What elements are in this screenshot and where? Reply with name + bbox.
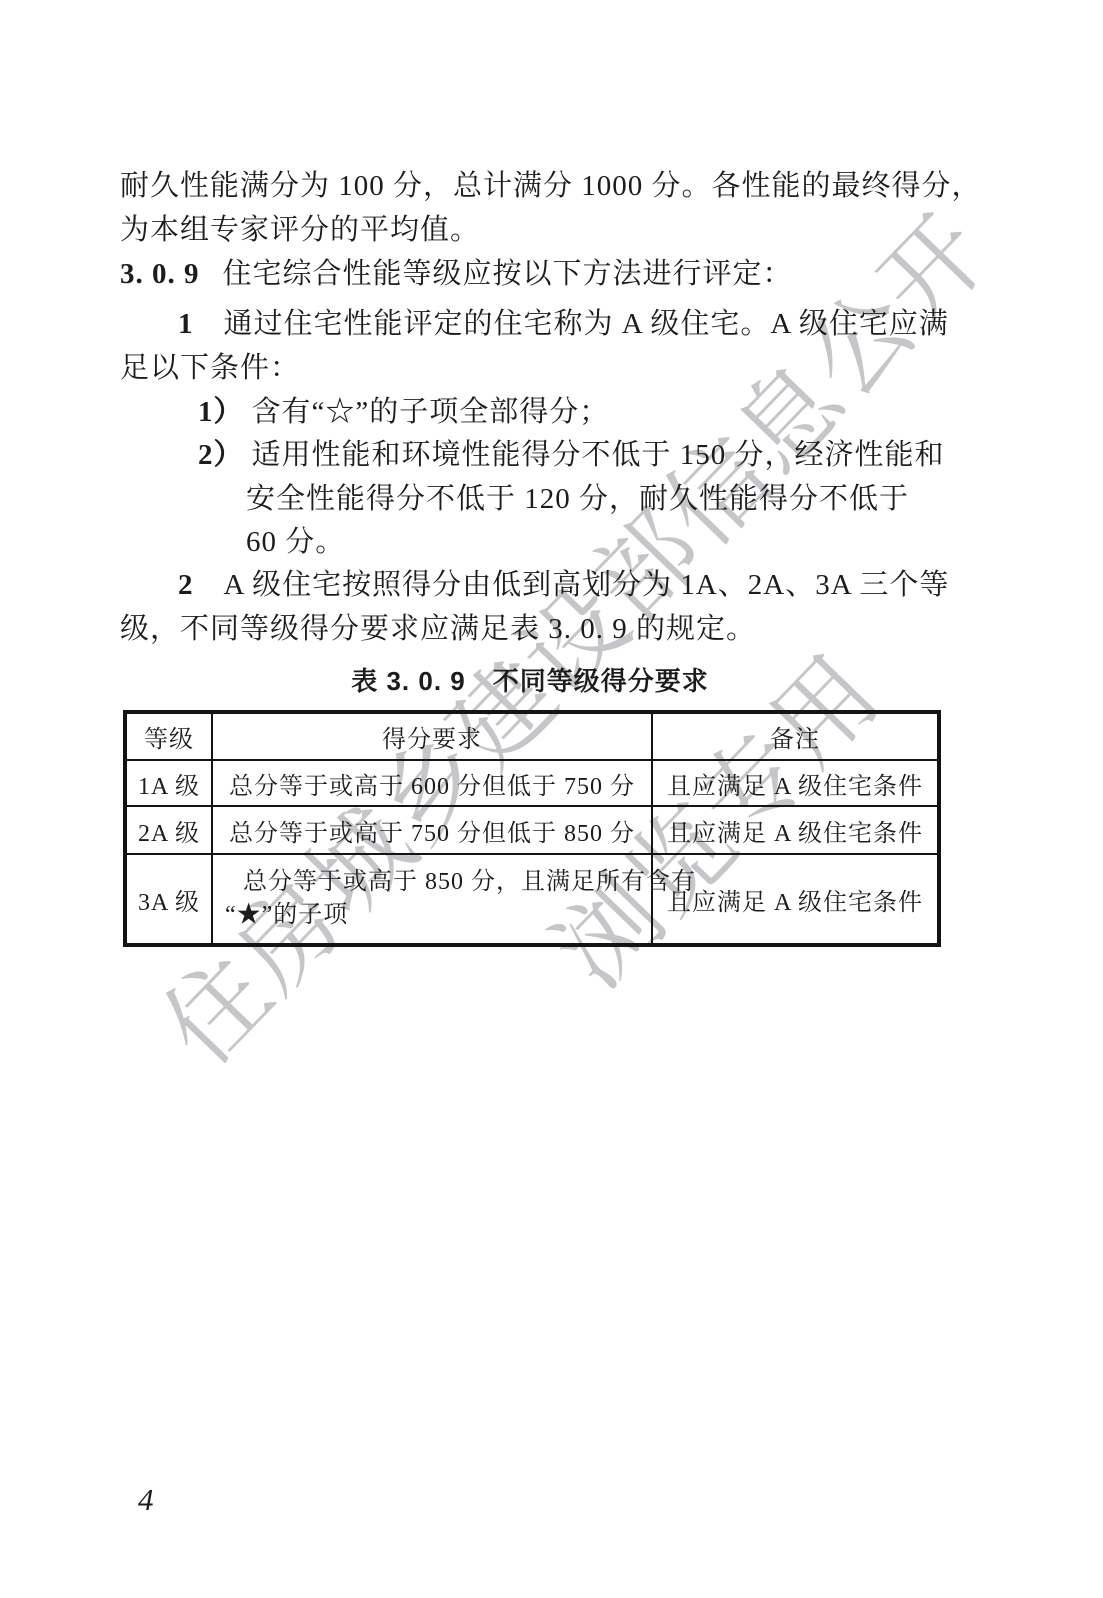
clause-309-number: 3. 0. 9 (120, 258, 200, 290)
grade-cell: 3A 级 (125, 854, 212, 945)
page-number: 4 (138, 1482, 154, 1518)
intro-line-2: 为本组专家评分的平均值。 (120, 208, 480, 252)
header-note: 备注 (652, 712, 939, 760)
subitem-1-number: 1） (198, 396, 244, 428)
header-grade: 等级 (125, 712, 212, 760)
item-1-number: 1 (178, 308, 194, 340)
item-2-line-2: 级，不同等级得分要求应满足表 3. 0. 9 的规定。 (120, 607, 756, 651)
table-row: 3A 级 总分等于或高于 850 分，且满足所有含有 “★”的子项 且应满足 A… (125, 854, 939, 945)
item-2-line-1: 2A 级住宅按照得分由低到高划分为 1A、2A、3A 三个等 (178, 563, 949, 607)
note-cell: 且应满足 A 级住宅条件 (652, 760, 939, 806)
subitem-1-text: 含有“☆”的子项全部得分； (252, 396, 610, 428)
subitem-2-line-3: 60 分。 (246, 520, 345, 564)
item-1-text: 通过住宅性能评定的住宅称为 A 级住宅。A 级住宅应满 (224, 308, 949, 340)
requirement-cell: 总分等于或高于 600 分但低于 750 分 (212, 760, 652, 806)
header-requirement: 得分要求 (212, 712, 652, 760)
item-1-line-2: 足以下条件： (120, 346, 300, 390)
grade-cell: 2A 级 (125, 806, 212, 854)
note-cell: 且应满足 A 级住宅条件 (652, 806, 939, 854)
table-header-row: 等级 得分要求 备注 (125, 712, 939, 760)
item-1-line-1: 1通过住宅性能评定的住宅称为 A 级住宅。A 级住宅应满 (178, 302, 949, 346)
item-2-number: 2 (178, 569, 194, 601)
subitem-2-number: 2） (198, 439, 244, 471)
requirement-cell: 总分等于或高于 750 分但低于 850 分 (212, 806, 652, 854)
table-row: 2A 级 总分等于或高于 750 分但低于 850 分 且应满足 A 级住宅条件 (125, 806, 939, 854)
requirement-line-1: 总分等于或高于 850 分，且满足所有含有 (225, 866, 643, 899)
document-page: 住房城乡建设部信息公开 浏览专用 耐久性能满分为 100 分，总计满分 1000… (0, 0, 1103, 1598)
subitem-1-line: 1）含有“☆”的子项全部得分； (198, 390, 609, 434)
score-table: 等级 得分要求 备注 1A 级 总分等于或高于 600 分但低于 750 分 且… (123, 710, 941, 947)
subitem-2-text-1: 适用性能和环境性能得分不低于 150 分，经济性能和 (252, 439, 945, 471)
subitem-2-line-2: 安全性能得分不低于 120 分，耐久性能得分不低于 (246, 477, 909, 521)
item-2-text: A 级住宅按照得分由低到高划分为 1A、2A、3A 三个等 (224, 569, 950, 601)
grade-cell: 1A 级 (125, 760, 212, 806)
table-caption: 表 3. 0. 9 不同等级得分要求 (123, 661, 937, 698)
requirement-line-2: “★”的子项 (225, 899, 643, 932)
subitem-2-line-1: 2）适用性能和环境性能得分不低于 150 分，经济性能和 (198, 433, 945, 477)
clause-309-line: 3. 0. 9住宅综合性能等级应按以下方法进行评定： (120, 252, 793, 296)
table-row: 1A 级 总分等于或高于 600 分但低于 750 分 且应满足 A 级住宅条件 (125, 760, 939, 806)
intro-line-1: 耐久性能满分为 100 分，总计满分 1000 分。各性能的最终得分， (120, 164, 982, 208)
note-cell: 且应满足 A 级住宅条件 (652, 854, 939, 945)
clause-309-title: 住宅综合性能等级应按以下方法进行评定： (223, 258, 793, 290)
requirement-cell: 总分等于或高于 850 分，且满足所有含有 “★”的子项 (212, 854, 652, 945)
